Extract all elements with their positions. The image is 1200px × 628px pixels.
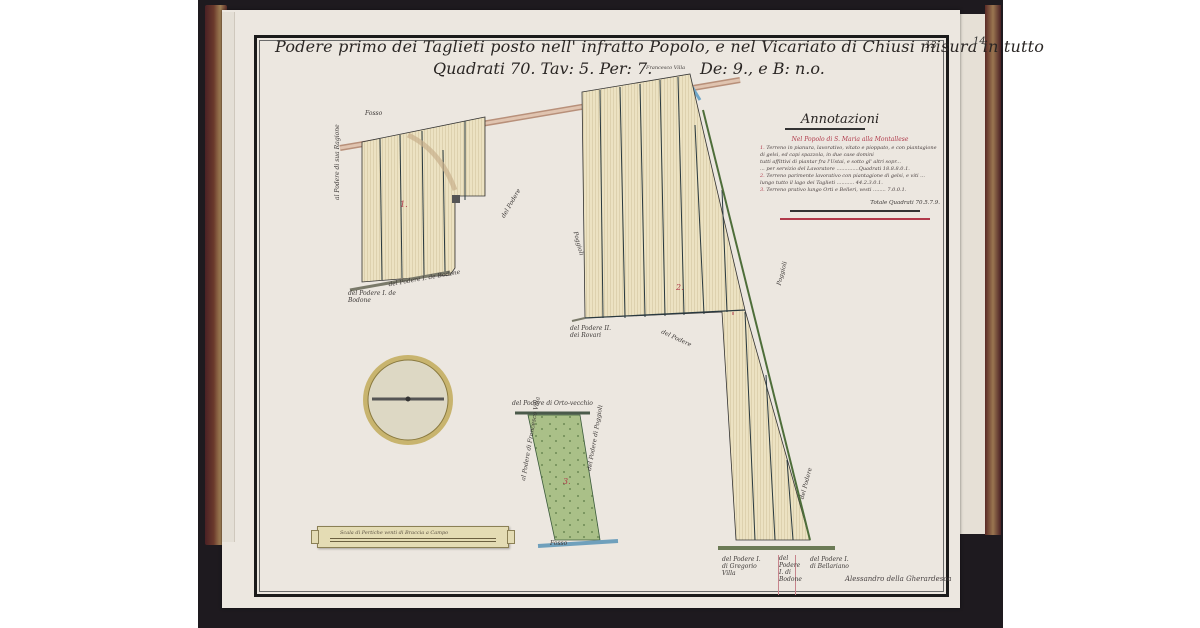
scale-graduation [330,538,496,542]
cadastral-map [0,0,1200,628]
scale-handle-right [507,530,515,544]
annotation-row: 3. Terreno prativo lungo Orti e Belleri,… [760,187,940,194]
annotations-panel: Annotazioni Nel Popolo di S. Maria alla … [760,112,940,220]
heading-underline [785,128,865,130]
label-main-bottom-left: del Podere II. dei Rovari [570,325,615,339]
surveyor-signature: Alessandro della Gherardesca [845,575,952,583]
parcel-1 [350,117,485,290]
label-left-parcel-left: al Podere di sua Ragione [334,124,341,200]
annotation-row: ... per servizio del Lavoratore ........… [760,166,940,173]
parcel-2-number: 2. [676,283,684,292]
divider [790,210,920,212]
annotation-row: 1. Terreno in pianura, lavorativo, vitat… [760,145,940,159]
parcel-3-number: 3. [563,477,571,486]
annotations-subheading: Nel Popolo di S. Maria alla Montallese [760,136,940,143]
label-meadow-bottom: Fosso [550,540,567,547]
divider [780,218,930,220]
label-bottom-right: del Podere I. di Bellariano [810,556,855,570]
scale-bar: Scala di Pertiche venti di Braccia a Cam… [317,526,509,548]
label-meadow-top: del Podere di Orto-vecchio [512,400,593,407]
label-road-top: Fosso [365,110,382,117]
label-francesco-villa: Francesco Villa [646,65,685,71]
compass-rose-icon [363,355,453,445]
label-bottom-left: del Podere I. di Gregorio Villa [722,556,767,577]
scale-caption: Scala di Pertiche venti di Braccia a Cam… [340,530,448,536]
annotation-row: tutti affittivi di piantar fra l'Ustai, … [760,159,940,166]
label-bottom-mid: del Podere I. di Bodone [778,555,796,595]
parcel-1-number: 1. [400,200,408,209]
annotation-row: 2. Terreno parimente lavorativo con pian… [760,173,940,187]
annotation-total: Totale Quadrati 70.5.7.9. [760,200,940,206]
scale-handle-left [311,530,319,544]
label-left-parcel-bottom-left: del Podere I. de Bodone [348,290,398,304]
annotations-heading: Annotazioni [740,112,940,127]
